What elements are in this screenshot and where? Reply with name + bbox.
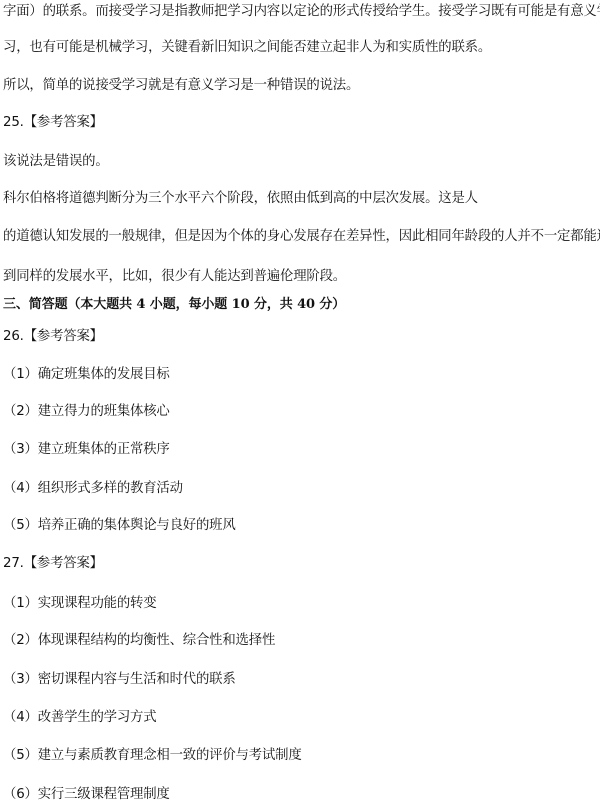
list-item: （1）实现课程功能的转变 xyxy=(3,596,156,612)
list-item: （2）体现课程结构的均衡性、综合性和选择性 xyxy=(3,633,275,649)
paragraph-line: 该说法是错误的。 xyxy=(3,154,109,170)
list-item: （3）密切课程内容与生活和时代的联系 xyxy=(3,672,236,688)
list-item: （3）建立班集体的正常秩序 xyxy=(3,442,170,458)
list-item: （4）组织形式多样的教育活动 xyxy=(3,481,183,497)
list-item: （5）建立与素质教育理念相一致的评价与考试制度 xyxy=(3,748,302,764)
paragraph-line: 所以，简单的说接受学习就是有意义学习是一种错误的说法。 xyxy=(3,78,359,94)
list-item: （5）培养正确的集体舆论与良好的班风 xyxy=(3,518,236,534)
paragraph-line: 的道德认知发展的一般规律，但是因为个体的身心发展存在差异性，因此相同年龄段的人并… xyxy=(3,229,600,245)
paragraph-line: 科尔伯格将道德判断分为三个水平六个阶段，依照由低到高的中层次发展。这是人 xyxy=(3,191,478,207)
paragraph-line: 到同样的发展水平，比如，很少有人能达到普遍伦理阶段。 xyxy=(3,269,346,285)
paragraph-line: 字面）的联系。而接受学习是指教师把学习内容以定论的形式传授给学生。接受学习既有可… xyxy=(3,4,600,20)
answer-header-25: 25.【参考答案】 xyxy=(3,115,103,131)
paragraph-line: 习，也有可能是机械学习，关键看新旧知识之间能否建立起非人为和实质性的联系。 xyxy=(3,40,491,56)
answer-header-27: 27.【参考答案】 xyxy=(3,556,103,572)
list-item: （2）建立得力的班集体核心 xyxy=(3,404,170,420)
answer-header-26: 26.【参考答案】 xyxy=(3,329,103,345)
list-item: （1）确定班集体的发展目标 xyxy=(3,367,170,383)
list-item: （6）实行三级课程管理制度 xyxy=(3,787,170,803)
list-item: （4）改善学生的学习方式 xyxy=(3,710,156,726)
section-title: 三、简答题（本大题共 4 小题，每小题 10 分，共 40 分） xyxy=(3,297,345,313)
